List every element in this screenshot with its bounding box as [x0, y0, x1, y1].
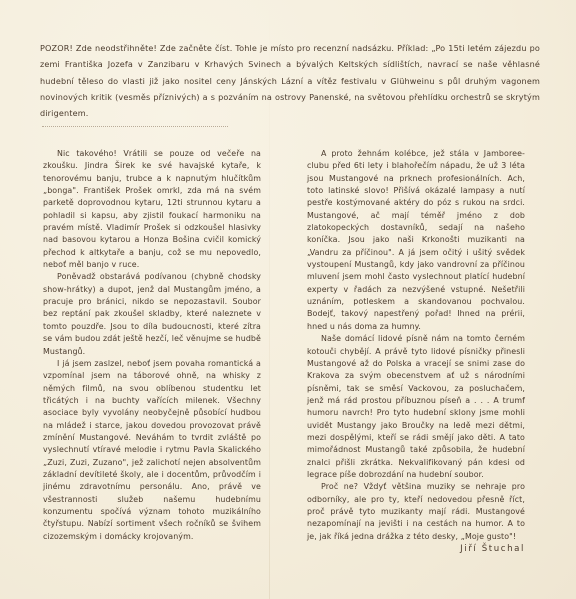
intro-paragraph: POZOR! Zde neodstřihněte! Zde začněte čí…: [40, 40, 540, 121]
record-sleeve-back: POZOR! Zde neodstřihněte! Zde začněte čí…: [0, 0, 576, 599]
left-paragraph-3: I já jsem zaslzel, neboť jsem povaha rom…: [43, 358, 261, 543]
right-column: A proto žehnám kolébce, jež stála v Jamb…: [307, 148, 525, 556]
right-paragraph-1: A proto žehnám kolébce, jež stála v Jamb…: [307, 148, 525, 333]
left-paragraph-1: Nic takového! Vrátili se pouze od večeře…: [43, 148, 261, 271]
right-paragraph-3: Proč ne? Vždyť většina muziky se nehraje…: [307, 481, 525, 543]
left-paragraph-2: Poněvadž obstarává podívanou (chybně cho…: [43, 271, 261, 357]
left-column: Nic takového! Vrátili se pouze od večeře…: [43, 148, 261, 543]
right-paragraph-2: Naše domácí lidové písně nám na tomto če…: [307, 333, 525, 481]
author-signature: Jiří Štuchal: [307, 543, 525, 556]
dotted-separator: [42, 126, 228, 127]
